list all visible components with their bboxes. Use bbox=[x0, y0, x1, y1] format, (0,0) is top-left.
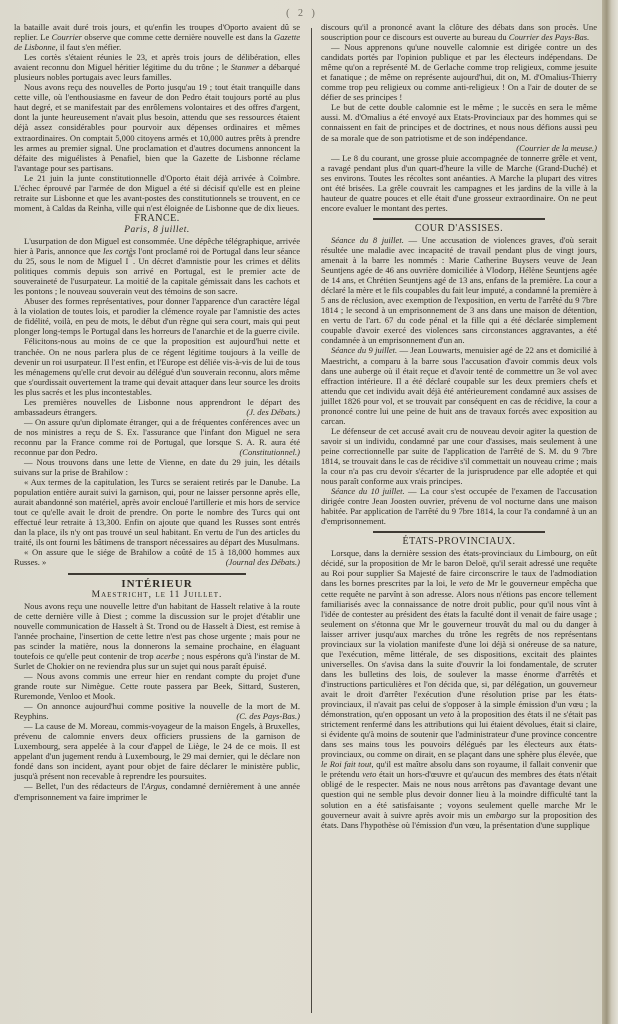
section-divider bbox=[373, 531, 544, 533]
section-heading-etats-provinciaux: ÉTATS-PROVINCIAUX. bbox=[321, 537, 597, 547]
dateline-paris: Paris, 8 juillet. bbox=[14, 225, 300, 235]
page-number: ( 2 ) bbox=[0, 8, 604, 19]
paragraph: Abuser des formes représentatives, pour … bbox=[14, 296, 300, 336]
source-citation: (J. des Débats.) bbox=[230, 407, 300, 417]
paragraph: — Le 8 du courant, une grosse pluie acco… bbox=[321, 153, 597, 213]
paragraph: — La cause de M. Moreau, commis-voyageur… bbox=[14, 721, 300, 781]
section-divider bbox=[373, 218, 544, 220]
section-heading-cour-assises: COUR D'ASSISES. bbox=[321, 224, 597, 234]
column-divider bbox=[311, 28, 312, 1013]
paragraph: Nous avons reçu des nouvelles de Porto j… bbox=[14, 82, 300, 172]
source-citation: (Courrier de la meuse.) bbox=[321, 143, 597, 153]
paragraph: L'usurpation de don Miguel est consommée… bbox=[14, 236, 300, 296]
paragraph: Les premières nouvelles de Lisbonne nous… bbox=[14, 397, 300, 417]
paragraph: — On annonce aujourd'hui comme positive … bbox=[14, 701, 300, 721]
paragraph: Séance du 9 juillet. — Jean Louwarts, me… bbox=[321, 345, 597, 425]
paragraph: — Nous avons commis une erreur hier en r… bbox=[14, 671, 300, 701]
paragraph: discours qu'il a prononcé avant la clôtu… bbox=[321, 22, 597, 42]
page-binding-edge bbox=[602, 0, 618, 1024]
source-citation: (C. des Pays-Bas.) bbox=[220, 711, 300, 721]
left-column: la bataille avait duré trois jours, et q… bbox=[14, 22, 300, 802]
paragraph: — On assure qu'un diplomate étranger, qu… bbox=[14, 417, 300, 457]
section-heading-france: FRANCE. bbox=[14, 214, 300, 224]
source-citation: (Journal des Débats.) bbox=[210, 557, 300, 567]
paragraph: Séance du 8 juillet. — Une accusation de… bbox=[321, 235, 597, 346]
paragraph: Nous avons reçu une nouvelle lettre d'un… bbox=[14, 601, 300, 671]
paragraph: « On assure que le siége de Brahilow a c… bbox=[14, 547, 300, 567]
paragraph: Le but de cette double calomnie est le m… bbox=[321, 102, 597, 142]
newspaper-page: ( 2 ) la bataille avait duré trois jours… bbox=[0, 0, 604, 1024]
paragraph: — Nous apprenons qu'une nouvelle calomni… bbox=[321, 42, 597, 102]
source-citation: (Constitutionnel.) bbox=[223, 447, 300, 457]
section-heading-interieur: INTÉRIEUR bbox=[14, 579, 300, 589]
paragraph: Les cortès s'étaient réunies le 23, et a… bbox=[14, 52, 300, 82]
paragraph: Le 21 juin la junte constitutionnelle d'… bbox=[14, 173, 300, 213]
right-column: discours qu'il a prononcé avant la clôtu… bbox=[321, 22, 597, 830]
paragraph: — Nous trouvons dans une lette de Vienne… bbox=[14, 457, 300, 477]
paragraph: Séance du 10 juillet. — La cour s'est oc… bbox=[321, 486, 597, 526]
paragraph: la bataille avait duré trois jours, et q… bbox=[14, 22, 300, 52]
paragraph: — Bellet, l'un des rédacteurs de l'Argus… bbox=[14, 781, 300, 801]
paragraph: Le défenseur de cet accusé avait cru de … bbox=[321, 426, 597, 486]
dateline-maestricht: Maestricht, le 11 Juillet. bbox=[14, 590, 300, 600]
paragraph: Félicitons-nous au moins de ce que la pr… bbox=[14, 336, 300, 396]
paragraph: Lorsque, dans la dernière session des ét… bbox=[321, 548, 597, 829]
paragraph: « Aux termes de la capitulation, les Tur… bbox=[14, 477, 300, 547]
section-divider bbox=[68, 573, 245, 575]
